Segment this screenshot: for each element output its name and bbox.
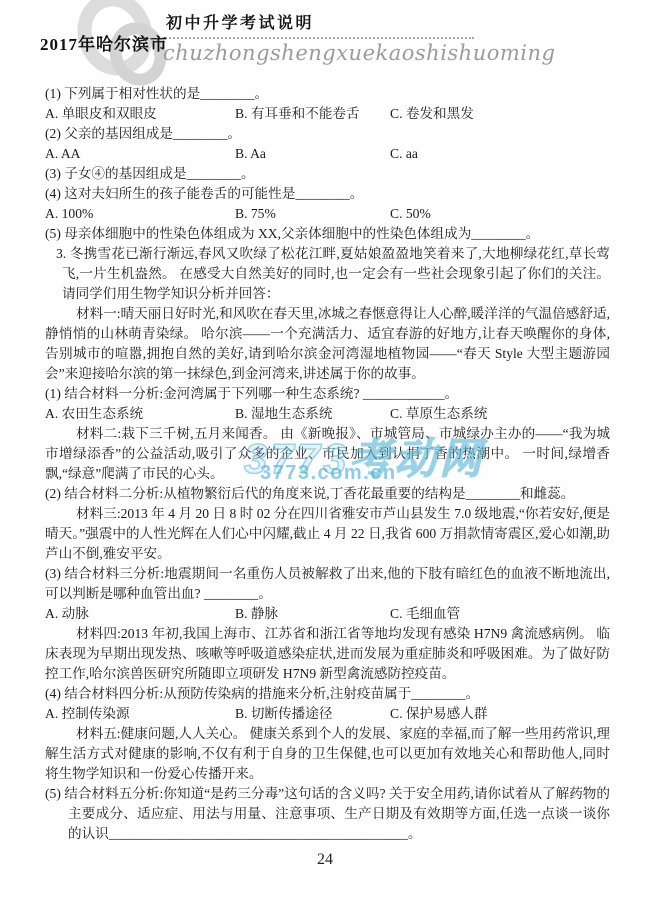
question-3-intro: 3. 冬携雪花已渐行渐远,春风又吹绿了松花江畔,夏姑娘盈盈地笑着来了,大地柳绿花… — [45, 244, 610, 304]
edition-year-city: 2017年哈尔滨市 — [40, 30, 168, 55]
page-header: 2017年哈尔滨市 初中升学考试说明 chuzhongshengxuekaosh… — [0, 0, 650, 84]
exam-content: (1) 下列属于相对性状的是________。 A. 单眼皮和双眼皮 B. 有耳… — [45, 84, 610, 844]
page-number: 24 — [0, 851, 650, 869]
question-line: (5) 结合材料五分析:你知道“是药三分毒”这句话的含义吗? 关于安全用药,请你… — [45, 784, 610, 844]
option-c: C. 保护易感人群 — [390, 704, 610, 724]
option-c: C. 毛细血管 — [390, 604, 610, 624]
option-a: A. 农田生态系统 — [45, 404, 235, 424]
option-c: C. aa — [390, 144, 610, 164]
material-2-paragraph: 材料二:栽下三千树,五月来闻香。 由《新晚报》、市城管局、市城绿办主办的——“我… — [45, 424, 610, 484]
question-line: (2) 父亲的基因组成是________。 — [45, 124, 610, 144]
options-row: A. 100% B. 75% C. 50% — [45, 204, 610, 224]
question-line: (4) 结合材料四分析:从预防传染病的措施来分析,注射疫苗属于________。 — [45, 684, 610, 704]
options-row: A. 农田生态系统 B. 湿地生态系统 C. 草原生态系统 — [45, 404, 610, 424]
option-a: A. 单眼皮和双眼皮 — [45, 104, 235, 124]
option-b: B. 切断传播途径 — [235, 704, 390, 724]
question-line: (3) 结合材料三分析:地震期间一名重伤人员被解救了出来,他的下肢有暗红色的血液… — [45, 564, 610, 604]
title-pinyin: chuzhongshengxuekaoshishuoming — [163, 41, 555, 65]
option-a: A. 控制传染源 — [45, 704, 235, 724]
question-line: (5) 母亲体细胞中的性染色体组成为 XX,父亲体细胞中的性染色体组成为____… — [45, 224, 610, 244]
question-line: (1) 结合材料一分析:金河湾属于下列哪一种生态系统? ____________… — [45, 384, 610, 404]
options-row: A. 动脉 B. 静脉 C. 毛细血管 — [45, 604, 610, 624]
question-line: (1) 下列属于相对性状的是________。 — [45, 84, 610, 104]
options-row: A. 控制传染源 B. 切断传播途径 C. 保护易感人群 — [45, 704, 610, 724]
option-b: B. Aa — [235, 144, 390, 164]
option-c: C. 草原生态系统 — [390, 404, 610, 424]
option-b: B. 湿地生态系统 — [235, 404, 390, 424]
option-a: A. AA — [45, 144, 235, 164]
option-a: A. 动脉 — [45, 604, 235, 624]
question-line: (2) 结合材料二分析:从植物繁衍后代的角度来说,丁香花最重要的结构是_____… — [45, 484, 610, 504]
option-b: B. 有耳垂和不能卷舌 — [235, 104, 390, 124]
material-3-paragraph: 材料三:2013 年 4 月 20 日 8 时 02 分在四川省雅安市芦山县发生… — [45, 504, 610, 564]
material-4-paragraph: 材料四:2013 年初,我国上海市、江苏省和浙江省等地均发现有感染 H7N9 禽… — [45, 624, 610, 684]
scanned-exam-page: 2017年哈尔滨市 初中升学考试说明 chuzhongshengxuekaosh… — [0, 0, 650, 915]
material-5-paragraph: 材料五:健康问题,人人关心。 健康关系到个人的发展、家庭的幸福,而了解一些用药常… — [45, 724, 610, 784]
material-1-paragraph: 材料一:晴天丽日好时光,和风吹在春天里,冰城之春惬意得让人心醉,暖洋洋的气温倍感… — [45, 304, 610, 384]
option-c: C. 50% — [390, 204, 610, 224]
option-c: C. 卷发和黑发 — [390, 104, 610, 124]
page-title: 初中升学考试说明 — [166, 10, 314, 33]
options-row: A. 单眼皮和双眼皮 B. 有耳垂和不能卷舌 C. 卷发和黑发 — [45, 104, 610, 124]
question-line: (4) 这对夫妇所生的孩子能卷舌的可能性是________。 — [45, 184, 610, 204]
option-b: B. 75% — [235, 204, 390, 224]
options-row: A. AA B. Aa C. aa — [45, 144, 610, 164]
option-b: B. 静脉 — [235, 604, 390, 624]
option-a: A. 100% — [45, 204, 235, 224]
dotted-divider — [162, 37, 474, 39]
question-line: (3) 子女④的基因组成是________。 — [45, 164, 610, 184]
